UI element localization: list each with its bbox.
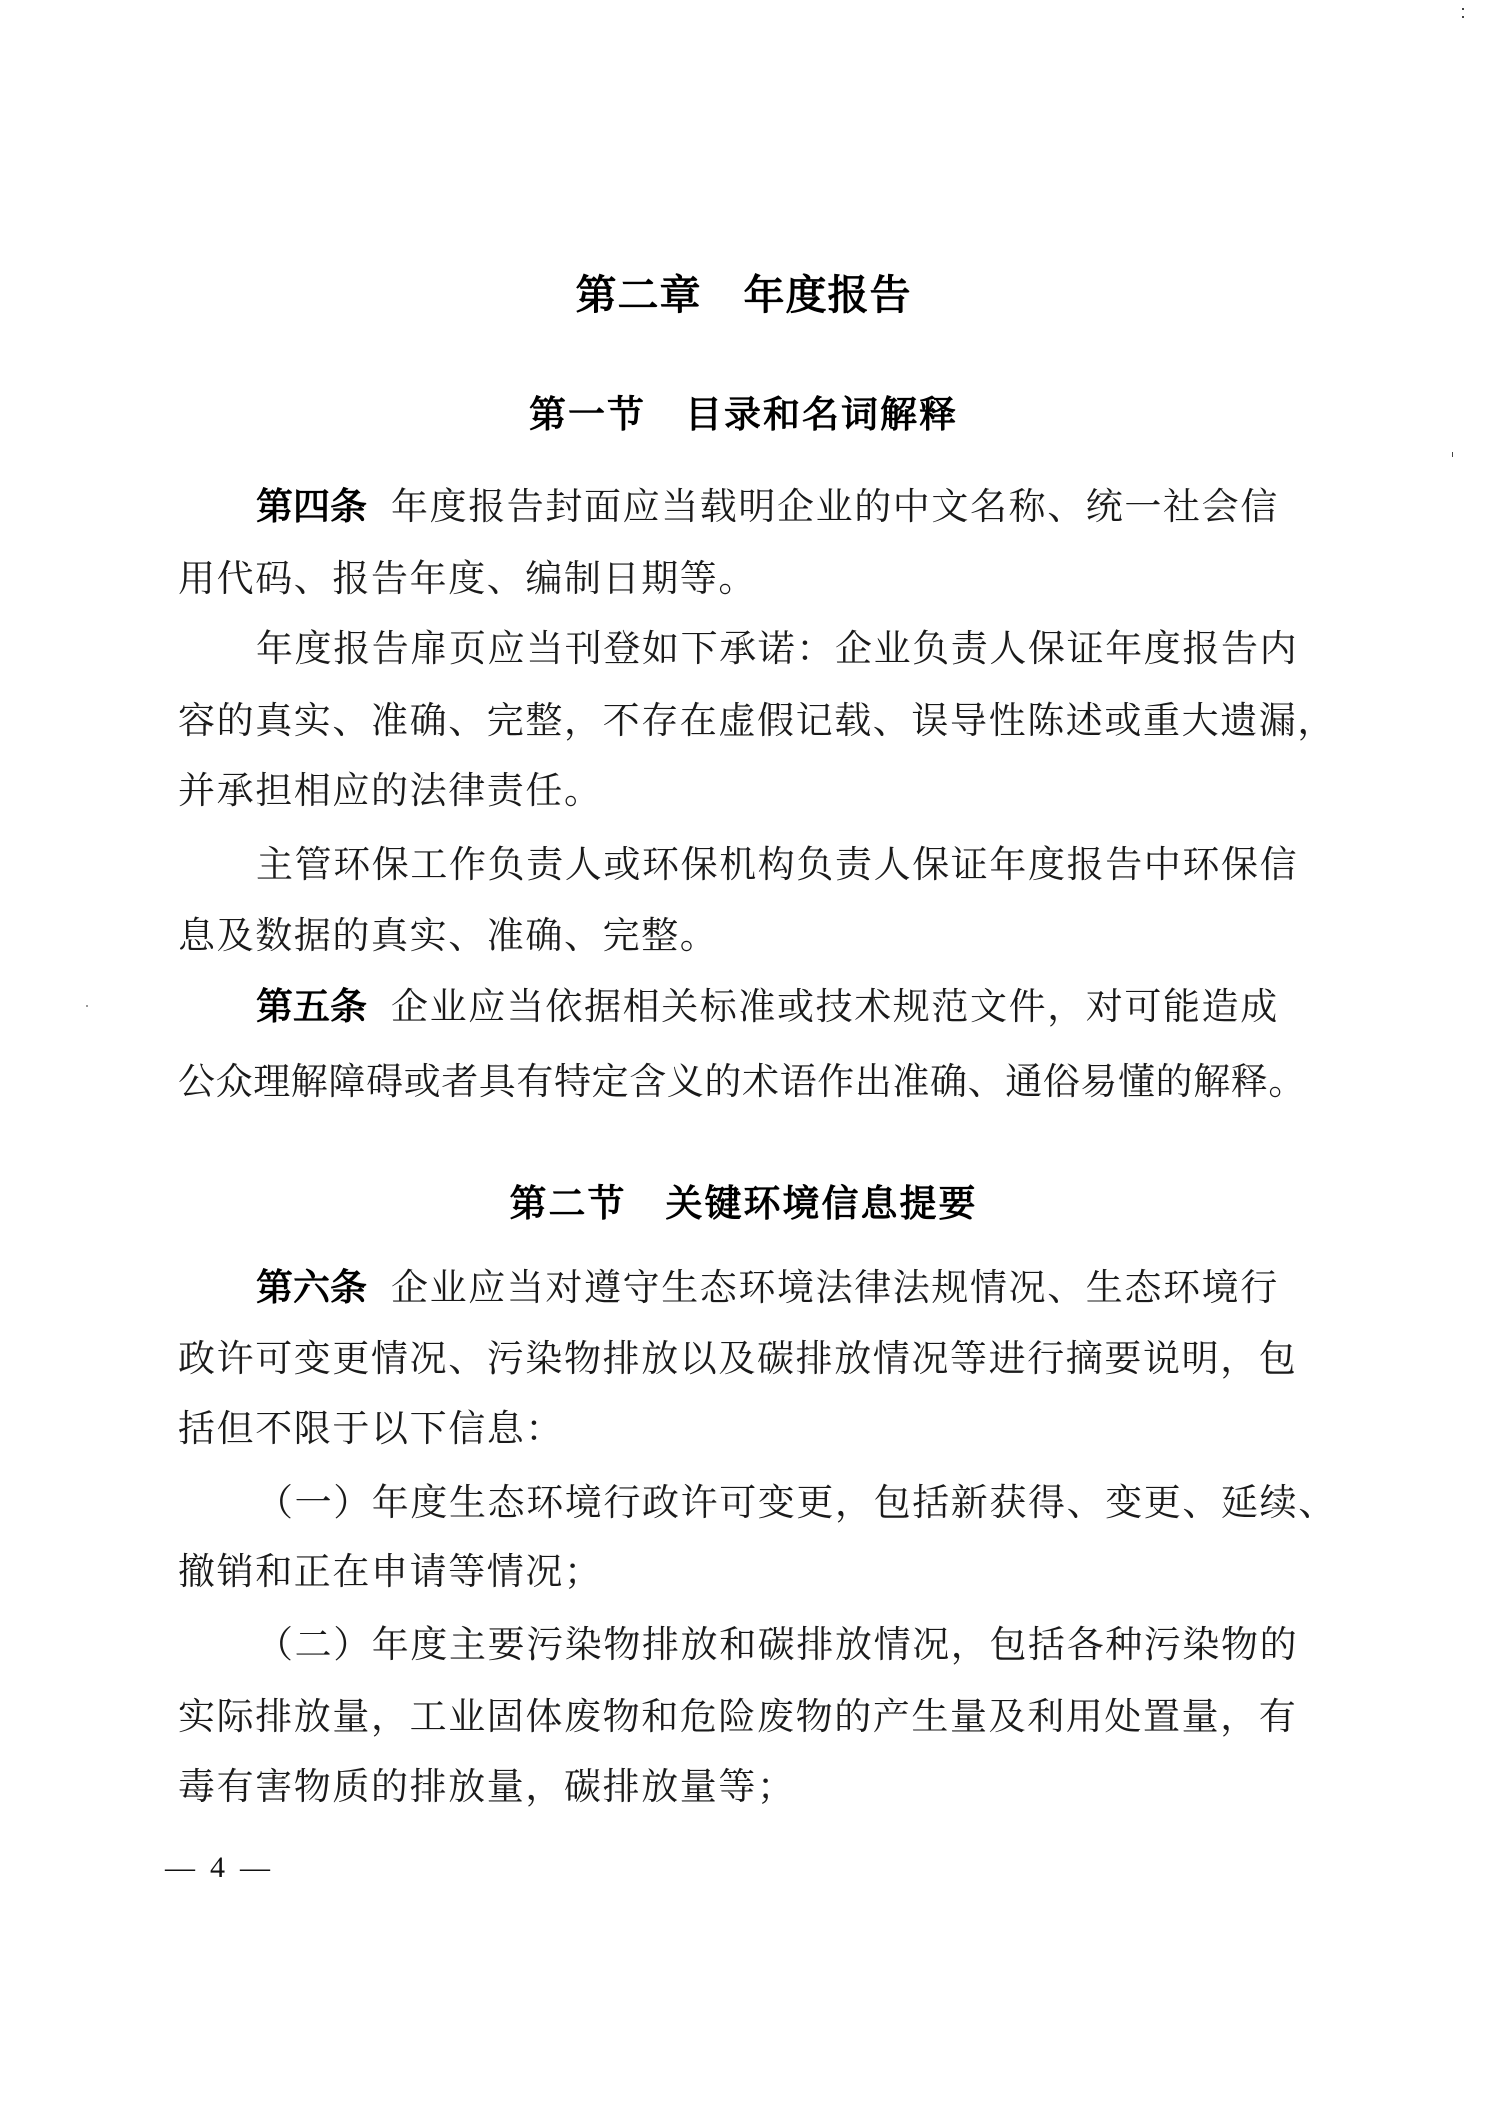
paragraph-line: 息及数据的真实、准确、完整。 bbox=[178, 911, 1268, 961]
scan-speck bbox=[86, 1005, 88, 1007]
paragraph-line: 毒有害物质的排放量，碳排放量等； bbox=[178, 1762, 1268, 1812]
paragraph-line: 公众理解障碍或者具有特定含义的术语作出准确、通俗易懂的解释。 bbox=[178, 1057, 1268, 1107]
paragraph-line: 容的真实、准确、完整，不存在虚假记载、误导性陈述或重大遗漏， bbox=[178, 696, 1268, 746]
paragraph-line: 年度报告扉页应当刊登如下承诺：企业负责人保证年度报告内 bbox=[256, 624, 1268, 674]
paragraph-line: 第五条企业应当依据相关标准或技术规范文件，对可能造成 bbox=[256, 982, 1268, 1032]
paragraph-line: 第四条年度报告封面应当载明企业的中文名称、统一社会信 bbox=[256, 482, 1268, 532]
article-label: 第六条 bbox=[256, 1266, 367, 1309]
paragraph-line: 实际排放量，工业固体废物和危险废物的产生量及利用处置量，有 bbox=[178, 1692, 1268, 1742]
article-label: 第四条 bbox=[256, 485, 367, 528]
scan-speck bbox=[1462, 8, 1464, 10]
chapter-title: 第二章 年度报告 bbox=[0, 262, 1487, 321]
section-title-2: 第二节 关键环境信息提要 bbox=[0, 1173, 1487, 1227]
paragraph-line: 并承担相应的法律责任。 bbox=[178, 766, 1268, 816]
scan-speck bbox=[1462, 16, 1464, 18]
section-title-1: 第一节 目录和名词解释 bbox=[0, 384, 1487, 438]
paragraph-line: 撤销和正在申请等情况； bbox=[178, 1547, 1268, 1597]
page-number: — 4 — bbox=[165, 1848, 270, 1888]
paragraph-line: 括但不限于以下信息： bbox=[178, 1404, 1268, 1454]
scan-speck bbox=[1452, 452, 1453, 457]
list-item-2: （二）年度主要污染物排放和碳排放情况，包括各种污染物的 bbox=[256, 1620, 1268, 1670]
document-page: 第二章 年度报告 第一节 目录和名词解释 第四条年度报告封面应当载明企业的中文名… bbox=[0, 0, 1487, 2105]
list-item-1: （一）年度生态环境行政许可变更，包括新获得、变更、延续、 bbox=[256, 1478, 1268, 1528]
paragraph-line: 主管环保工作负责人或环保机构负责人保证年度报告中环保信 bbox=[256, 840, 1268, 890]
paragraph-line: 用代码、报告年度、编制日期等。 bbox=[178, 554, 1268, 604]
paragraph-line: 第六条企业应当对遵守生态环境法律法规情况、生态环境行 bbox=[256, 1263, 1268, 1313]
article-label: 第五条 bbox=[256, 985, 367, 1028]
paragraph-line: 政许可变更情况、污染物排放以及碳排放情况等进行摘要说明，包 bbox=[178, 1334, 1268, 1384]
